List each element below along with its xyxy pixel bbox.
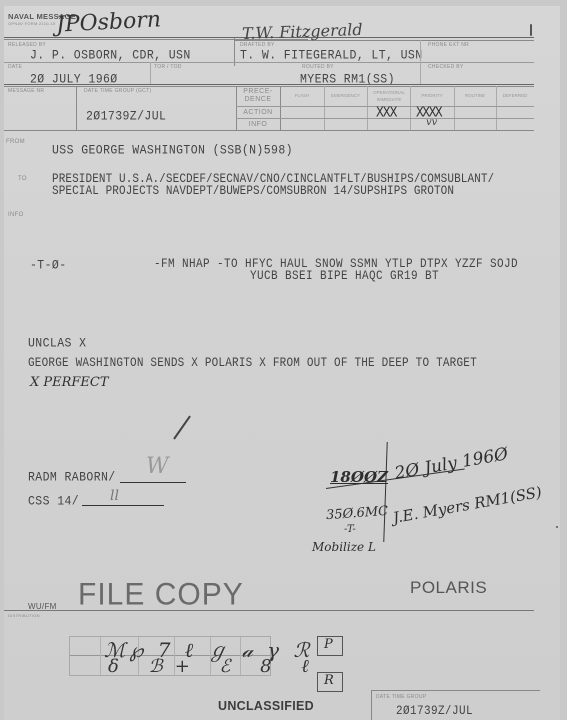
file-copy-stamp: FILE COPY	[78, 577, 244, 613]
initial-line	[120, 482, 186, 483]
precedence-row-label: PRECE-DENCE	[236, 88, 280, 104]
precedence-col-routine: ROUTINE	[454, 93, 496, 98]
checked-by-label: Checked by	[428, 64, 464, 70]
addressee-raborn: RADM RABORN/	[28, 470, 116, 485]
footer-dtg-value: 2Ø1739Z/JUL	[396, 705, 473, 719]
route-mark-r: R	[324, 673, 334, 688]
check-mark	[173, 415, 191, 439]
info-mark-priority: vv	[426, 117, 437, 128]
initial-line	[82, 505, 164, 506]
addressee-css14: CSS 14/	[28, 494, 79, 509]
routing-handwritten-initials: δ ℬ+ ℰ 8 ℓ	[108, 656, 321, 677]
divider	[76, 86, 77, 130]
from-label: FROM	[6, 139, 25, 145]
annotation-time: 18ØØZ	[330, 468, 388, 486]
tor-tod-label: TOR / TOD	[154, 64, 182, 70]
route-mark-p: P	[324, 637, 333, 652]
info-label: INFO	[8, 212, 24, 218]
addressee-css14-initials: ll	[110, 488, 119, 504]
ink-mark	[556, 526, 558, 528]
precedence-col-deferred: DEFERRED	[496, 93, 534, 98]
released-by-value: J. P. OSBORN, CDR, USN	[30, 48, 191, 63]
message-body-handwritten: X PERFECT	[30, 375, 109, 390]
to-label: TO	[18, 176, 27, 182]
ink-mark	[530, 24, 532, 36]
divider	[4, 62, 534, 63]
info-row-label: INFO	[236, 121, 280, 128]
footer-dtg-label: Date time group	[376, 694, 426, 700]
annotation-mode: -T-	[344, 524, 356, 535]
date-label: Date	[8, 64, 22, 70]
annotation-operator: J.E. Myers RM1(SS)	[392, 483, 543, 527]
routing-prefix: -T-Ø-	[30, 258, 67, 273]
to-line-2: SPECIAL PROJECTS NAVDEPT/BUWEPS/COMSUBRO…	[52, 185, 454, 199]
phone-ext-label: Phone ext nr	[428, 42, 469, 48]
precedence-grid: PRECE-DENCE ACTION INFO FLASH EMERGENCY …	[236, 86, 534, 130]
action-row-label: ACTION	[236, 109, 280, 116]
divider	[4, 84, 534, 85]
footer-classification: UNCLASSIFIED	[218, 699, 314, 713]
divider	[150, 62, 151, 84]
classification-line: UNCLAS X	[28, 336, 86, 351]
divider	[4, 130, 534, 131]
naval-message-form: NAVAL MESSAGE OPNAV FORM 2110-15 Release…	[4, 6, 560, 720]
message-nr-label: Message nr	[8, 88, 44, 94]
annotation-method: Mobilize L	[312, 540, 376, 554]
footer-dtg-box: Date time group 2Ø1739Z/JUL	[371, 690, 540, 720]
annotation-date: 2Ø July 196Ø	[393, 444, 509, 484]
divider	[4, 610, 534, 611]
released-by-signature: JPOsborn	[55, 7, 161, 37]
message-body: GEORGE WASHINGTON SENDS X POLARIS X FROM…	[28, 357, 477, 371]
precedence-col-priority: PRIORITY	[410, 93, 454, 98]
precedence-col-operational-immediate: OPERATIONAL IMMEDIATE	[370, 89, 408, 103]
routing-line-2: YUCB BSEI BIPE HAQC GR19 BT	[250, 270, 439, 284]
route-box-r: R	[317, 672, 343, 692]
polaris-stamp: POLARIS	[410, 578, 487, 598]
dtg-label: Date time group (GCT)	[84, 88, 151, 94]
precedence-col-flash: FLASH	[280, 93, 324, 98]
divider	[420, 40, 421, 84]
annotation-frequency: 35Ø.6MC	[326, 504, 389, 523]
precedence-col-emergency: EMERGENCY	[324, 93, 367, 98]
addressee-raborn-initials: W	[146, 454, 169, 479]
route-box-p: P	[317, 636, 343, 656]
action-mark-op-immediate: XXX	[376, 104, 396, 121]
distribution-label: Distribution	[8, 613, 40, 618]
form-number: OPNAV FORM 2110-15	[8, 21, 56, 26]
from-value: USS GEORGE WASHINGTON (SSB(N)598)	[52, 143, 293, 158]
routed-by-label: Routed by	[302, 64, 334, 70]
drafted-by-value: T. W. FITEGERALD, LT, USN	[240, 48, 423, 63]
dtg-value: 2Ø1739Z/JUL	[86, 109, 166, 124]
